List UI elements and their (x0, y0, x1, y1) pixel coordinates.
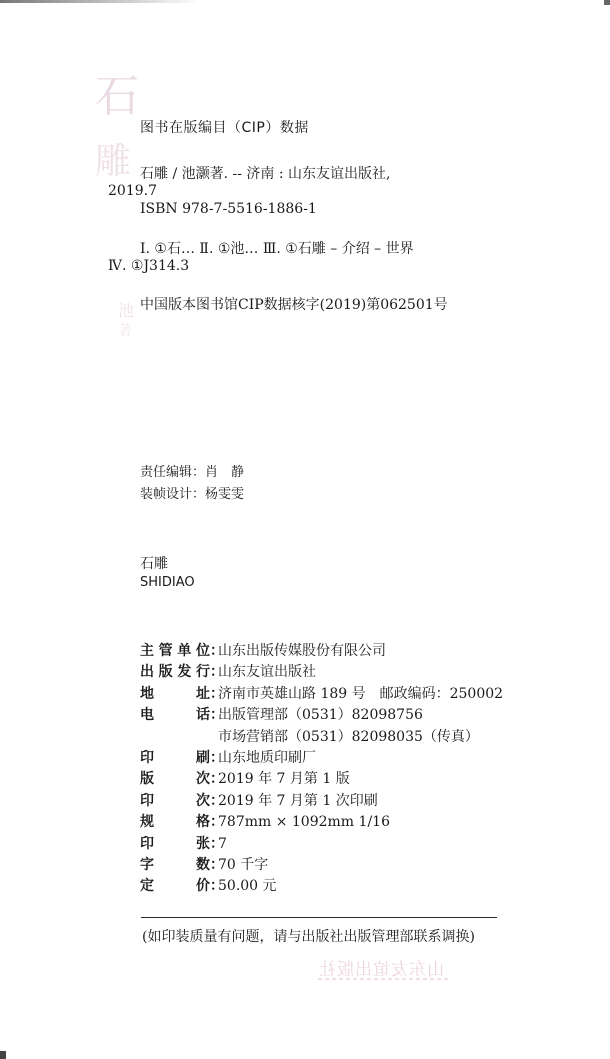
cip-isbn: ISBN 978-7-5516-1886-1 (140, 201, 317, 217)
label-char: 地 (140, 683, 154, 703)
bleed-through-publisher-logo: 山东友谊出版社 (318, 955, 444, 980)
publication-info-row: 市场营销部（0531）82098035（传真） (140, 726, 503, 747)
publication-info-label: 版次 (140, 768, 210, 788)
publication-info-row: 印次：2019 年 7 月第 1 次印刷 (140, 790, 503, 811)
publication-info-row: 字数：70 千字 (140, 854, 503, 875)
publication-info-row: 电话：出版管理部（0531）82098756 (140, 704, 503, 725)
label-char: 电 (140, 704, 154, 724)
page-edge-shadow (0, 0, 200, 3)
editor-label: 责任编辑： (140, 465, 205, 480)
publication-info-row: 规格：787mm × 1092mm 1/16 (140, 811, 503, 832)
cip-year: 2019.7 (108, 183, 157, 199)
credits-block: 责任编辑：肖 静 装帧设计：杨雯雯 (140, 462, 244, 506)
bleed-through-char: 石 (95, 60, 139, 124)
publication-info-row: 主管单位：山东出版传媒股份有限公司 (140, 640, 503, 661)
label-char: 位 (196, 640, 210, 660)
label-colon: ： (210, 875, 216, 895)
publication-info-label: 主管单位 (140, 640, 210, 660)
page-corner-shadow (0, 1051, 6, 1059)
label-char: 数 (196, 854, 210, 874)
cip-registration-number: 中国版本图书馆CIP数据核字(2019)第062501号 (140, 294, 448, 314)
publication-info-label: 电话 (140, 704, 210, 724)
label-colon: ： (210, 640, 216, 660)
bleed-through-logo-underline (318, 978, 448, 980)
publication-info-table: 主管单位：山东出版传媒股份有限公司出版发行：山东友谊出版社地址：济南市英雄山路 … (140, 640, 503, 897)
label-colon: ： (210, 833, 216, 853)
bleed-through-char: 著 (118, 320, 132, 340)
publication-info-value: 山东友谊出版社 (218, 661, 316, 681)
label-char: 次 (196, 790, 210, 810)
cip-classification: Ⅳ. ①J314.3 (108, 258, 189, 274)
label-char: 价 (196, 875, 210, 895)
publication-info-value: 市场营销部（0531）82098035（传真） (218, 726, 479, 746)
publication-info-row: 版次：2019 年 7 月第 1 版 (140, 768, 503, 789)
publication-info-label: 印次 (140, 790, 210, 810)
publication-info-label: 印张 (140, 833, 210, 853)
label-char: 版 (140, 768, 154, 788)
label-colon: ： (210, 704, 216, 724)
cip-heading: 图书在版编目（CIP）数据 (140, 117, 309, 137)
label-char: 管 (159, 640, 173, 660)
label-char: 字 (140, 854, 154, 874)
label-char: 址 (196, 683, 210, 703)
label-char: 定 (140, 875, 154, 895)
label-colon: ： (210, 747, 216, 767)
label-char: 出 (140, 661, 154, 681)
publication-info-value: 2019 年 7 月第 1 版 (218, 768, 350, 788)
label-char: 发 (177, 661, 191, 681)
publication-info-row: 出版发行：山东友谊出版社 (140, 661, 503, 682)
designer-label: 装帧设计： (140, 487, 205, 502)
label-colon: ： (210, 790, 216, 810)
separator-line (141, 917, 497, 918)
page-corner-shadow (604, 0, 610, 5)
label-colon: ： (210, 854, 216, 874)
publication-info-label: 规格 (140, 811, 210, 831)
label-char: 刷 (196, 747, 210, 767)
publication-info-row: 印张：7 (140, 833, 503, 854)
editor-value: 肖 静 (205, 465, 244, 480)
publication-info-label: 字数 (140, 854, 210, 874)
book-title-pinyin: SHIDIAO (140, 575, 195, 590)
label-char: 印 (140, 790, 154, 810)
label-char: 话 (196, 704, 210, 724)
publication-info-value: 7 (218, 836, 227, 852)
label-char: 印 (140, 833, 154, 853)
publication-info-value: 山东出版传媒股份有限公司 (218, 640, 386, 660)
publication-info-value: 787mm × 1092mm 1/16 (218, 814, 390, 830)
label-char: 行 (196, 661, 210, 681)
publication-info-row: 地址：济南市英雄山路 189 号 邮政编码：250002 (140, 683, 503, 704)
bleed-through-char: 雕 (95, 133, 131, 184)
label-char: 单 (177, 640, 191, 660)
designer-value: 杨雯雯 (205, 487, 244, 502)
label-colon: ： (210, 661, 216, 681)
cip-bibliographic-line: 石雕 / 池灏著. -- 济南 : 山东友谊出版社, (140, 163, 391, 183)
publication-info-value: 70 千字 (218, 854, 268, 874)
book-title-chinese: 石雕 (140, 553, 168, 573)
publication-info-label: 出版发行 (140, 661, 210, 681)
label-char: 张 (196, 833, 210, 853)
label-char: 格 (196, 811, 210, 831)
label-char: 规 (140, 811, 154, 831)
quality-notice: (如印装质量有问题，请与出版社出版管理部联系调换) (142, 926, 475, 946)
label-char: 版 (159, 661, 173, 681)
cip-subject-line: Ⅰ. ①石… Ⅱ. ①池… Ⅲ. ①石雕 – 介绍 – 世界 (140, 238, 414, 258)
label-colon: ： (210, 683, 216, 703)
publication-info-value: 2019 年 7 月第 1 次印刷 (218, 790, 378, 810)
publication-info-label: 地址 (140, 683, 210, 703)
publication-info-label: 定价 (140, 875, 210, 895)
label-colon: ： (210, 768, 216, 788)
publication-info-row: 定价：50.00 元 (140, 875, 503, 896)
publication-info-value: 济南市英雄山路 189 号 邮政编码：250002 (218, 683, 503, 703)
publication-info-value: 山东地质印刷厂 (218, 747, 316, 767)
designer-row: 装帧设计：杨雯雯 (140, 484, 244, 506)
label-char: 主 (140, 640, 154, 660)
label-colon: ： (210, 811, 216, 831)
publication-info-label: 印刷 (140, 747, 210, 767)
publication-info-value: 50.00 元 (218, 875, 277, 895)
bleed-through-char: 池 (118, 298, 134, 321)
label-char: 次 (196, 768, 210, 788)
label-char: 印 (140, 747, 154, 767)
publication-info-row: 印刷：山东地质印刷厂 (140, 747, 503, 768)
publication-info-value: 出版管理部（0531）82098756 (218, 704, 423, 724)
editor-row: 责任编辑：肖 静 (140, 462, 244, 484)
